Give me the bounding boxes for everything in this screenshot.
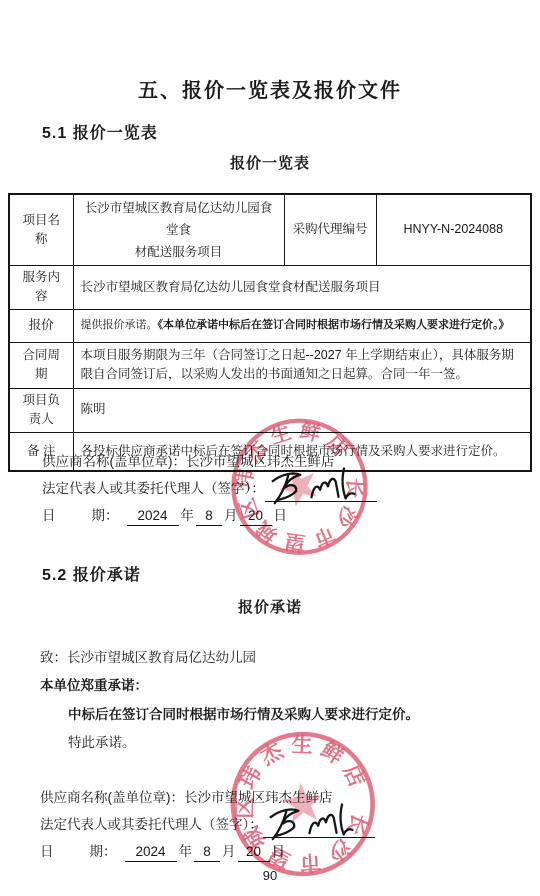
- legal-rep-signature-scrawl: [266, 465, 364, 510]
- date-year-value: 2024: [127, 507, 179, 526]
- quote-bold-promise: 《本单位承诺中标后在签订合同时根据市场行情及采购人要求进行定价。》: [158, 319, 510, 331]
- quotation-table: 项目名称 长沙市望城区教育局亿达幼儿园食堂食 材配送服务项目 采购代理编号 HN…: [8, 193, 532, 472]
- date-month-unit: 月: [222, 844, 236, 859]
- signature-line: [265, 481, 377, 502]
- date-day-value: 20: [238, 843, 270, 862]
- service-value: 长沙市望城区教育局亿达幼儿园食堂食材配送服务项目: [73, 266, 531, 310]
- date-year-unit: 年: [181, 508, 195, 523]
- legal-rep-label: 法定代表人或其委托代理人（签字）：: [42, 481, 265, 496]
- leader-label: 项目负责人: [9, 388, 73, 432]
- agency-code-label: 采购代理编号: [284, 194, 376, 266]
- date-day-unit: 日: [272, 844, 286, 859]
- addressee-line: 致：长沙市望城区教育局亿达幼儿园: [40, 646, 256, 666]
- leader-value: 陈明: [73, 388, 531, 432]
- table-row: 项目名称 长沙市望城区教育局亿达幼儿园食堂食 材配送服务项目 采购代理编号 HN…: [9, 194, 531, 266]
- promise-close: 特此承诺。: [68, 731, 136, 751]
- signature-block-2: 供应商名称(盖单位章)：长沙市望城区玮杰生鲜店 法定代表人或其委托代理人（签字）…: [40, 784, 375, 865]
- service-label: 服务内容: [9, 266, 73, 310]
- page-number: 90: [0, 868, 540, 883]
- date-label-qi: 期：: [92, 508, 119, 523]
- project-name-line2: 材配送服务项目: [81, 241, 277, 263]
- signature-line: [263, 817, 375, 838]
- signature-block-1: 供应商名称(盖单位章)：长沙市望城区玮杰生鲜店 法定代表人或其委托代理人（签字）…: [42, 448, 377, 529]
- promise-heading: 本单位郑重承诺：: [40, 674, 148, 694]
- promise-body: 中标后在签订合同时根据市场行情及采购人要求进行定价。: [68, 703, 419, 723]
- project-name-label: 项目名称: [9, 194, 73, 266]
- section-5-1-heading: 5.1 报价一览表: [42, 120, 158, 143]
- project-name-value: 长沙市望城区教育局亿达幼儿园食堂食 材配送服务项目: [73, 194, 284, 266]
- period-value: 本项目服务期限为三年（合同签订之日起--2027 年上学期结束止），具体服务期限…: [73, 342, 531, 388]
- table-row: 服务内容 长沙市望城区教育局亿达幼儿园食堂食材配送服务项目: [9, 266, 531, 310]
- period-label: 合同周期: [9, 342, 73, 388]
- date-month-unit: 月: [224, 508, 238, 523]
- table-row: 合同周期 本项目服务期限为三年（合同签订之日起--2027 年上学期结束止），具…: [9, 342, 531, 388]
- date-year-value: 2024: [125, 843, 177, 862]
- section-5-2-heading: 5.2 报价承诺: [42, 562, 141, 585]
- date-year-unit: 年: [179, 844, 193, 859]
- date-day-value: 20: [240, 507, 272, 526]
- supplier-name-label: 供应商名称(盖单位章)：: [40, 790, 184, 805]
- promise-title: 报价承诺: [0, 596, 540, 617]
- date-label-day: 日: [42, 508, 56, 523]
- date-month-value: 8: [196, 507, 222, 526]
- table-row: 项目负责人 陈明: [9, 388, 531, 432]
- quote-label: 报价: [9, 309, 73, 342]
- agency-code-value: HNYY-N-2024088: [376, 194, 531, 266]
- document-page: 五、报价一览表及报价文件 5.1 报价一览表 报价一览表 项目名称 长沙市望城区…: [0, 0, 540, 896]
- date-month-value: 8: [194, 843, 220, 862]
- date-label-qi: 期：: [90, 844, 117, 859]
- project-name-line1: 长沙市望城区教育局亿达幼儿园食堂食: [81, 197, 277, 241]
- quote-value: 提供报价承诺。《本单位承诺中标后在签订合同时根据市场行情及采购人要求进行定价。》: [73, 309, 531, 342]
- date-label-day: 日: [40, 844, 54, 859]
- supplier-name-label: 供应商名称(盖单位章)：: [42, 454, 186, 469]
- legal-rep-signature-scrawl: [264, 801, 362, 846]
- legal-rep-label: 法定代表人或其委托代理人（签字）：: [40, 817, 263, 832]
- page-title: 五、报价一览表及报价文件: [0, 74, 540, 103]
- quotation-table-title: 报价一览表: [0, 152, 540, 173]
- date-day-unit: 日: [274, 508, 288, 523]
- quote-prefix: 提供报价承诺。: [81, 319, 158, 331]
- table-row: 报价 提供报价承诺。《本单位承诺中标后在签订合同时根据市场行情及采购人要求进行定…: [9, 309, 531, 342]
